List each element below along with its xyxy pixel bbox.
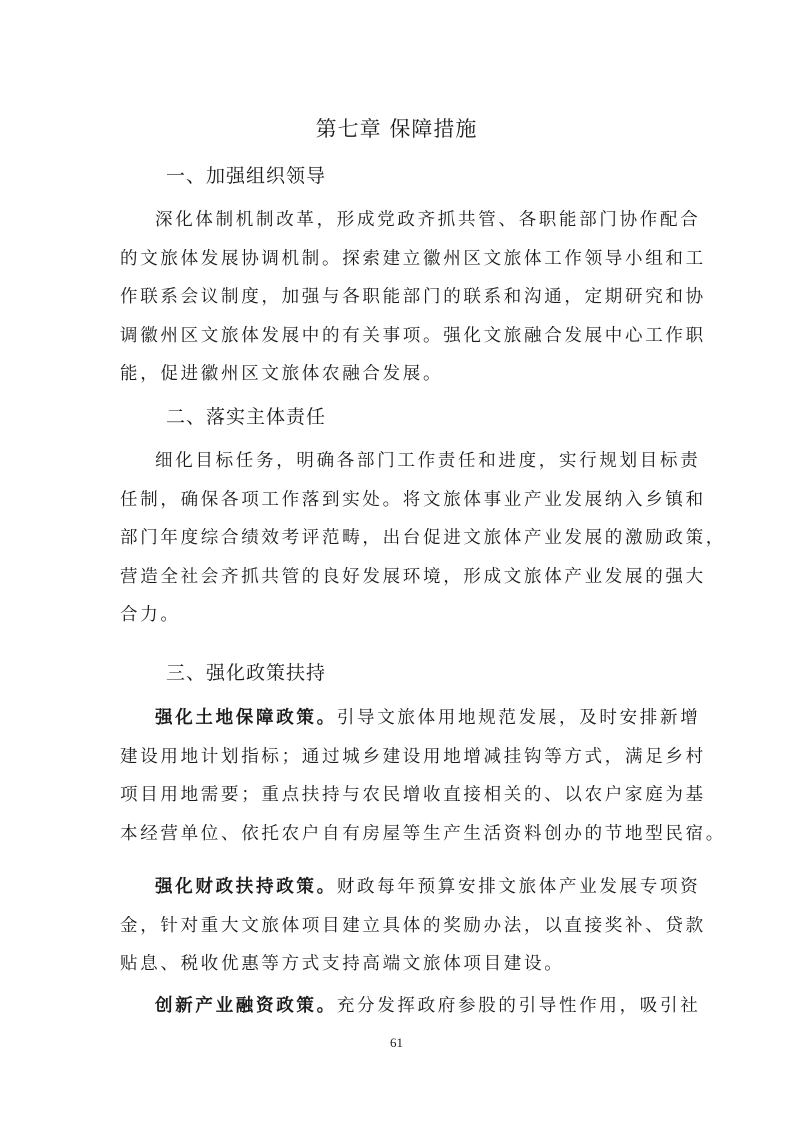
paragraph-line: 建设用地计划指标；通过城乡建设用地增减挂钩等方式，满足乡村 bbox=[120, 738, 680, 777]
paragraph-line: 调徽州区文旅体发展中的有关事项。强化文旅融合发展中心工作职 bbox=[120, 317, 680, 356]
policy-financing-paragraph: 创新产业融资政策。充分发挥政府参股的引导性作用，吸引社 bbox=[120, 987, 680, 1026]
paragraph-line: 细化目标任务，明确各部门工作责任和进度，实行规划目标责 bbox=[120, 442, 680, 481]
paragraph-line: 合力。 bbox=[120, 596, 680, 635]
policy-title: 强化财政扶持政策。 bbox=[155, 877, 337, 897]
paragraph-line: 部门年度综合绩效考评范畴，出台促进文旅体产业发展的激励政策， bbox=[120, 519, 680, 558]
paragraph-line: 项目用地需要；重点扶持与农民增收直接相关的、以农户家庭为基 bbox=[120, 776, 680, 815]
document-page: 第七章 保障措施 一、加强组织领导 深化体制机制改革，形成党政齐抓共管、各职能部… bbox=[0, 0, 793, 1122]
section-1-paragraph: 深化体制机制改革，形成党政齐抓共管、各职能部门协作配合 的文旅体发展协调机制。探… bbox=[120, 201, 680, 394]
paragraph-line: 贴息、税收优惠等方式支持高端文旅体项目建设。 bbox=[120, 945, 680, 984]
section-heading-2: 二、落实主体责任 bbox=[166, 403, 326, 431]
section-heading-1: 一、加强组织领导 bbox=[166, 162, 326, 190]
chapter-title: 第七章 保障措施 bbox=[0, 114, 793, 144]
paragraph-line: 创新产业融资政策。充分发挥政府参股的引导性作用，吸引社 bbox=[120, 987, 680, 1026]
policy-land-paragraph: 强化土地保障政策。引导文旅体用地规范发展，及时安排新增 建设用地计划指标；通过城… bbox=[120, 699, 680, 853]
policy-title: 创新产业融资政策。 bbox=[155, 996, 337, 1016]
policy-finance-paragraph: 强化财政扶持政策。财政每年预算安排文旅体产业发展专项资 金，针对重大文旅体项目建… bbox=[120, 868, 680, 984]
paragraph-line: 深化体制机制改革，形成党政齐抓共管、各职能部门协作配合 bbox=[120, 201, 680, 240]
paragraph-line: 任制，确保各项工作落到实处。将文旅体事业产业发展纳入乡镇和 bbox=[120, 481, 680, 520]
paragraph-line: 金，针对重大文旅体项目建立具体的奖励办法，以直接奖补、贷款 bbox=[120, 907, 680, 946]
paragraph-line: 本经营单位、依托农户自有房屋等生产生活资料创办的节地型民宿。 bbox=[120, 815, 680, 854]
paragraph-line: 营造全社会齐抓共管的良好发展环境，形成文旅体产业发展的强大 bbox=[120, 558, 680, 597]
paragraph-line: 强化土地保障政策。引导文旅体用地规范发展，及时安排新增 bbox=[120, 699, 680, 738]
paragraph-line: 的文旅体发展协调机制。探索建立徽州区文旅体工作领导小组和工 bbox=[120, 240, 680, 279]
section-heading-3: 三、强化政策扶持 bbox=[166, 659, 326, 687]
paragraph-line: 能，促进徽州区文旅体农融合发展。 bbox=[120, 355, 680, 394]
page-number: 61 bbox=[0, 1035, 793, 1051]
paragraph-line: 作联系会议制度，加强与各职能部门的联系和沟通，定期研究和协 bbox=[120, 278, 680, 317]
section-2-paragraph: 细化目标任务，明确各部门工作责任和进度，实行规划目标责 任制，确保各项工作落到实… bbox=[120, 442, 680, 635]
paragraph-line: 强化财政扶持政策。财政每年预算安排文旅体产业发展专项资 bbox=[120, 868, 680, 907]
policy-title: 强化土地保障政策。 bbox=[155, 708, 337, 728]
